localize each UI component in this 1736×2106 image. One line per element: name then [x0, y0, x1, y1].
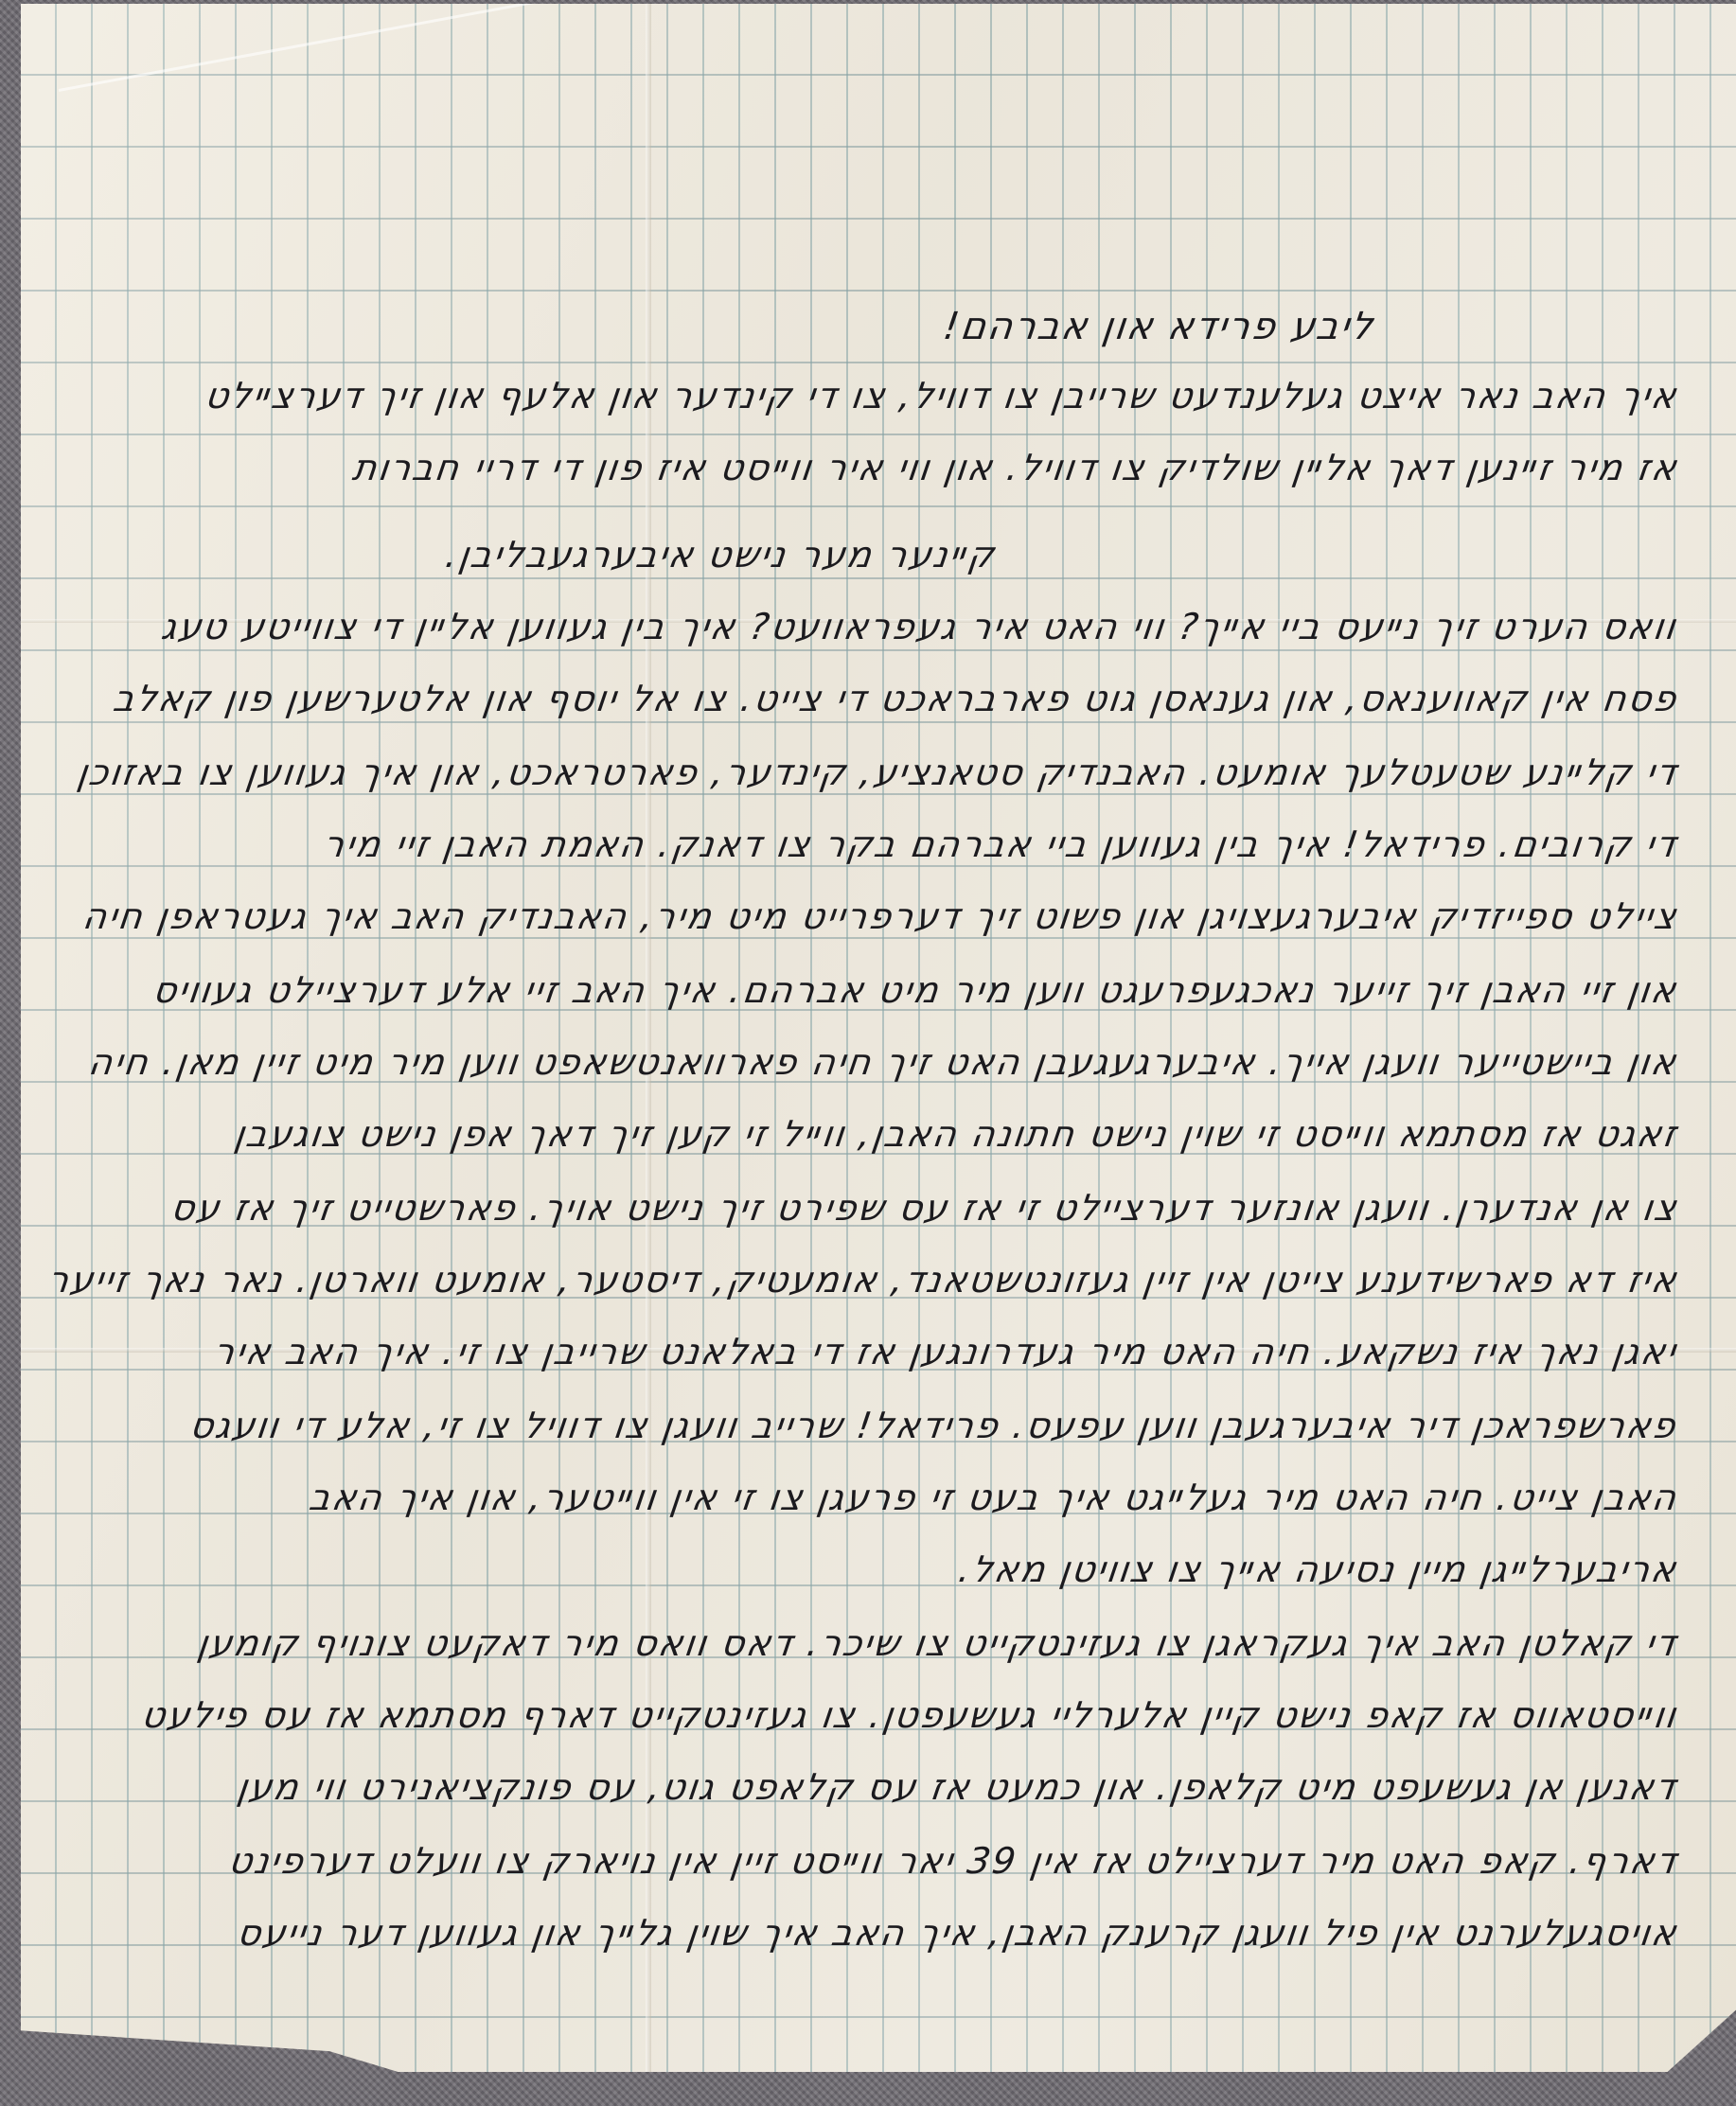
letter-line: איז דא פארשידענע צייטן אין זיין געזונטשט… — [45, 1259, 1681, 1301]
letter-line: איך האב נאר איצט געלענדעט שרייבן צו דווי… — [203, 375, 1680, 416]
letter-line: דאנען אן געשעפט מיט קלאפן. און כמעט אז ע… — [235, 1766, 1680, 1808]
letter-line: די קלײנע שטעטלעך אומעט. האבנדיק סטאנציע,… — [74, 752, 1680, 793]
letter-line: דארף. קאפ האט מיר דערציילט אז אין 39 יאר… — [226, 1840, 1681, 1882]
letter-line: צו אן אנדערן. וועגן אונזער דערציילט זי א… — [168, 1187, 1681, 1229]
letter-line: ציילט ספייזדיק איבערגעצויגן און פשוט זיך… — [80, 895, 1680, 937]
letter-line: פסח אין קאווענאס, און גענאסן גוט פארבראכ… — [110, 678, 1680, 719]
letter-line: די קרובים. פרידאל! איך בין געווען ביי אב… — [321, 823, 1680, 865]
letter-line: פארשפראכן דיר איבערגעבן ווען עפעס. פרידא… — [187, 1405, 1680, 1446]
letter-line: און ביישטייער וועגן אייך. איבערגעגעבן הא… — [86, 1041, 1680, 1083]
letter-line: יאגן נאך איז נשקאע. חיה האט מיר געדרונגע… — [211, 1331, 1680, 1372]
letter-greeting: ליבע פרידא און אברהם! — [941, 305, 1377, 348]
letter-body: ליבע פרידא און אברהם! איך האב נאר איצט ג… — [106, 4, 1677, 2072]
letter-line: אריבערלײגן מיין נסיעה אײך צו צוויטן מאל. — [956, 1549, 1680, 1590]
letter-line: האבן צייט. חיה האט מיר געלײגט איך בעט זי… — [307, 1477, 1681, 1518]
letter-paper: ליבע פרידא און אברהם! איך האב נאר איצט ג… — [21, 4, 1736, 2072]
letter-line: אויסגעלערנט אין פיל וועגן קרענק האבן, אי… — [235, 1912, 1680, 1954]
letter-line: זאגט אז מסתמא ווײסט זי שוין נישט חתונה ה… — [232, 1113, 1680, 1155]
letter-line: וואס הערט זיך נײעס ביי אײך? ווי האט איר … — [159, 606, 1680, 647]
letter-line: אז מיר זײנען דאך אלײן שולדיק צו דוויל. א… — [349, 447, 1680, 488]
letter-line: און זיי האבן זיך זייער נאכגעפרעגט ווען מ… — [151, 969, 1680, 1011]
letter-line: קײנער מער נישט איבערגעבליבן. — [443, 534, 999, 575]
letter-line: די קאלטן האב איך געקראגן צו געזינטקייט צ… — [195, 1622, 1680, 1664]
letter-line: ווײסטאווס אז קאפ נישט קיין אלערליי געשעפ… — [139, 1694, 1680, 1736]
